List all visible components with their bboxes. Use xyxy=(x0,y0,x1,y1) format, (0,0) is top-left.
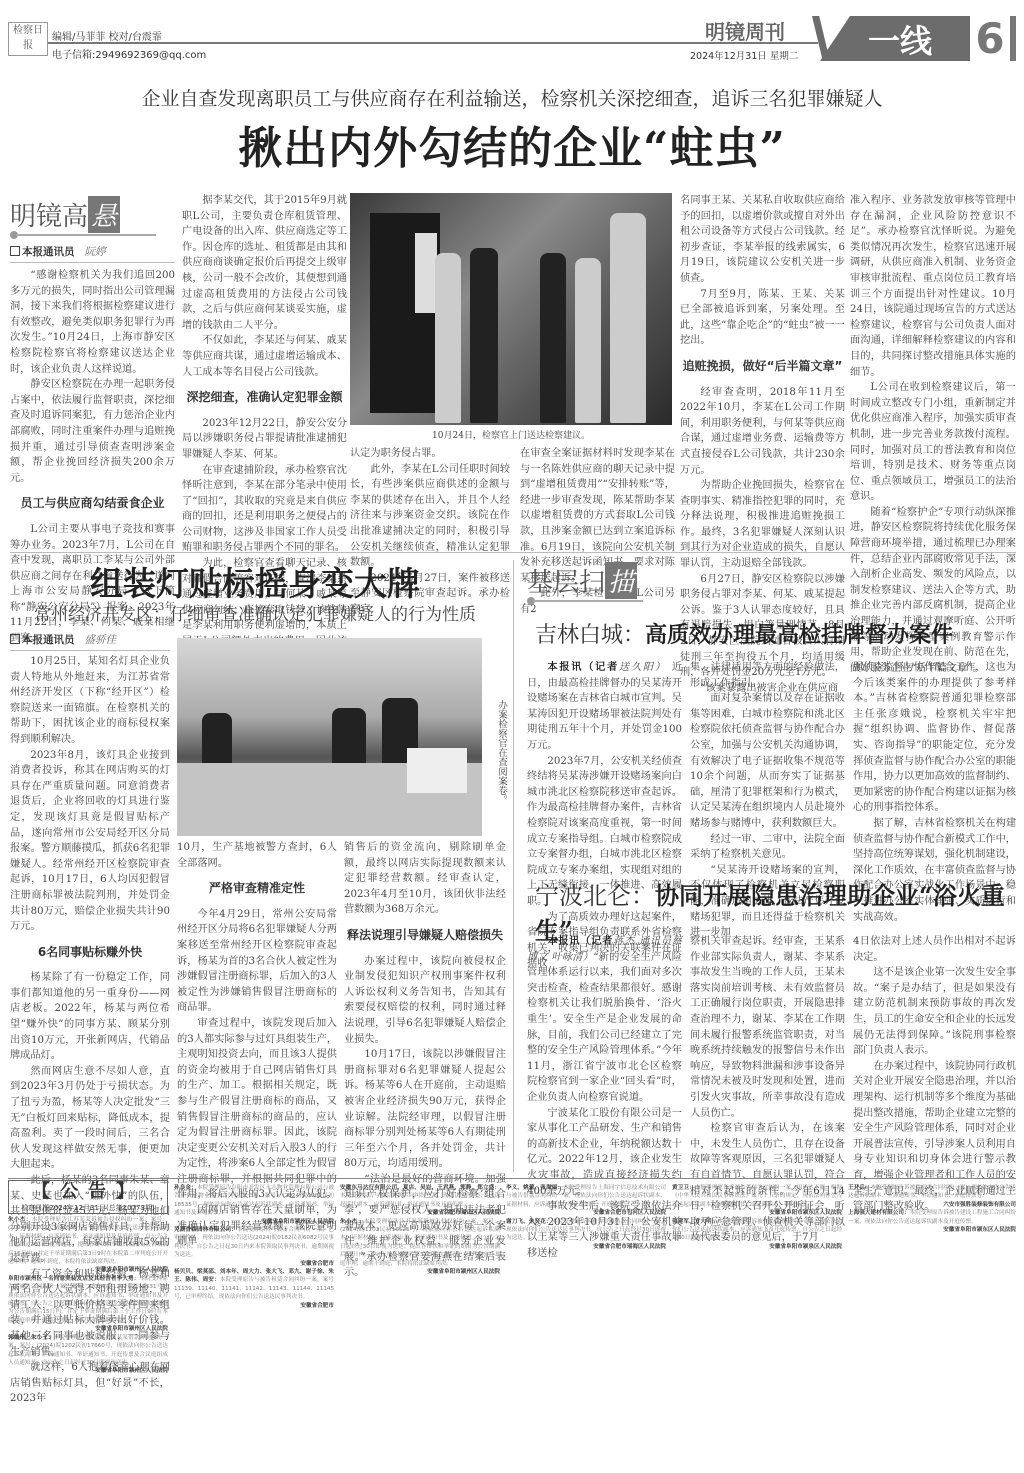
editor-email: 电子信箱:2949692369@qq.com xyxy=(52,46,206,61)
notice-entry: 上海强大建材有限公司：本院受理原告诉被告建设工程施工合同纠纷一案，现依法向你公告… xyxy=(848,1209,1016,1234)
paragraph: 审查过程中，该院发现后加入的3人都实际参与过灯具组装生产，主观明知投资去向，而且… xyxy=(177,1016,337,1203)
paragraph: 不仅如此，李某还与何某、戚某等供应商共谋，通过虚增运输成本、人工成本等名目侵占公… xyxy=(182,333,347,380)
notice-entry: 谢刀飞、朱贤花：本院受理原告诉被告金融借款合同纠纷一案，现依法向你们公告送达民事… xyxy=(506,1218,666,1252)
byline-name: 阮婷 xyxy=(85,246,106,258)
notice-entry: 朱小杰：本院受理原告江苏某某诉被告侵权纠纷一案，案号：(2024)皖1202民初… xyxy=(340,1218,500,1277)
notice-entry: 孙良金：本院受理原告阜阳市开发区永志物业管理有限公司与被告孙良金物业服务合同纠纷… xyxy=(174,1184,334,1226)
story4-col3: 4日依法对上述人员作出相对不起诉决定。 这不是该企业第一次发生安全事故。“案子是… xyxy=(853,934,1016,1215)
lead-col6: 准入程序、业务款发放审核等管理中存在漏洞，企业风险防控意识不足”。承办检察官沈怿… xyxy=(850,193,1016,676)
lead-subhead-2: 深挖细查，准确认定犯罪金额 xyxy=(182,390,347,406)
story2-photo xyxy=(177,638,482,836)
notice-column: 安徽东马达行有限公司、夏店、吴岩、王君燕、郭静、郑立盛：本院受理原告与被告买卖合… xyxy=(340,1184,500,1468)
lead-headline: 揪出内外勾结的企业“蛀虫” xyxy=(0,112,1024,176)
paragraph: 静安区检察院在办理一起职务侵占案中，依法履行监督职责，深挖细查及时追诉同案犯，有… xyxy=(10,377,175,486)
lead-author: 送久阳） xyxy=(619,662,667,673)
tag-rule xyxy=(533,600,643,602)
paragraph: 准入程序、业务款发放审核等管理中存在漏洞，企业风险防控意识不足”。承办检察官沈怿… xyxy=(850,193,1016,380)
paragraph: 7月至9月，陈某、王某、关某已全部被追诉到案，另案处理。至此，这些“靠企吃企”的… xyxy=(680,287,845,349)
byline-label: 本报通讯员 xyxy=(22,634,75,646)
lead-subhead-3: 追赃挽损，做好“后半篇文章” xyxy=(680,359,845,375)
lead-kicker: 企业自查发现离职员工与供应商存在利益输送，检察机关深挖细查，追诉三名犯罪嫌疑人 xyxy=(0,84,1024,111)
section-name: 一线 xyxy=(868,16,932,62)
lead-subhead-1: 员工与供应商勾结蚕食企业 xyxy=(10,496,175,512)
column-tag-jiceng: 基层扫描 xyxy=(527,562,687,607)
photo-files xyxy=(407,748,467,793)
paragraph: 经审查查明，2018年11月至2022年10月，李某在L公司工作期间，利用职务便… xyxy=(680,385,845,479)
notice-column: 李义、姚蕾、张海丽：本院受理原告上海同宇信息技术有限公司与被告借款合同纠纷一案，… xyxy=(506,1184,666,1468)
paragraph: 然而网店生意不尽如人意，直到2023年3月仍处于亏损状态。为了扭亏为盈，杨某等人… xyxy=(10,1064,170,1173)
paragraph: 2023年8月，该灯具企业接到消费者投诉，称其在网店购买的灯具存在严重质量问题。… xyxy=(10,748,170,935)
column-tag-accent: 悬 xyxy=(88,196,120,233)
column-tag-main: 基层扫 xyxy=(527,568,605,598)
paragraph: 集、法律适用等方面的经验做法，形成工作指引。 xyxy=(690,660,845,691)
paragraph: 为帮助企业挽回损失，检察官在查明事实、精准指控犯罪的同时，充分释法说理，积极推进… xyxy=(680,478,845,572)
photo-person xyxy=(575,258,601,423)
paragraph: 强侦查监督与协作配合工作，这也为今后该类案件的办理提供了参考样本。”吉林省检察院… xyxy=(853,660,1016,816)
byline-label: 本报通讯员 xyxy=(22,246,75,258)
paragraph: 认定为职务侵占罪。 xyxy=(350,446,510,462)
byline-name: 盛骄佳 xyxy=(85,634,117,646)
notice-entry: 安徽东马达行有限公司、夏店、吴岩、王君燕、郭静、郑立盛：本院受理原告与被告买卖合… xyxy=(340,1184,500,1218)
paragraph: 近日，由最高检挂牌督办的吴某涛开设赌场案在吉林省白城市宣判。吴某涛因犯开设赌场罪… xyxy=(527,662,682,751)
story2-headline: 组装灯贴标摇身变大牌 xyxy=(0,558,510,605)
paragraph: 10月，生产基地被警方查封，6人全部落网。 xyxy=(177,840,337,871)
notice-entry: 郭德州、朱小王：本院受理原告张某诉被告某某借款合同纠纷一案，案号：(2024)皖… xyxy=(8,1334,168,1376)
lead-label: 本报讯（记者 xyxy=(547,936,613,947)
paragraph: L公司在收到检察建议后，第一时间成立整改专门小组，重新制定并优化供应商准入程序，… xyxy=(850,380,1016,505)
newspaper-logo: 检察日报 xyxy=(8,22,48,56)
publication-name: 明镜周刊 xyxy=(705,16,785,45)
notices-title: 【公告】 xyxy=(9,1181,167,1203)
paragraph: 10月25日，某知名灯具企业负责人特地从外地赶来，为江苏省常州经济开发区（下称“… xyxy=(10,654,170,748)
story3-headline-prefix: 吉林白城： xyxy=(535,623,645,648)
lead-byline: 本报通讯员阮婷 xyxy=(10,244,175,263)
notice-column: 孙良金：本院受理原告阜阳市开发区永志物业管理有限公司与被告孙良金物业服务合同纠纷… xyxy=(174,1184,334,1468)
paragraph: 随着“检察护企”专项行动纵深推进，静安区检察院将持续优化服务保障营商环境举措，通… xyxy=(850,505,1016,677)
column-tag-accent: 描 xyxy=(605,562,637,599)
section-divider xyxy=(10,552,1016,553)
column-tag-main: 明镜高 xyxy=(10,202,88,232)
paragraph: 察机关审查起诉。经审查，王某系作业部实际负责人，谢某、李某系事故发生当晚的工作人… xyxy=(690,934,845,1121)
story2-subheadline: 常州经济开发区：仔细审查准确认定犯罪嫌疑人的行为性质 xyxy=(0,600,510,625)
lead-photo xyxy=(350,193,672,425)
editors-credit: 编辑/马菲菲 校对/台震霏 xyxy=(52,28,162,43)
publication-date: 2024年12月31日 星期二 xyxy=(690,48,798,62)
notice-column: 王开兵：本院受理原告诉被告买卖合同纠纷一案，现依法向你公告送达起诉状副本、应诉通… xyxy=(848,1184,1016,1468)
notice-entry: 黄卫卫：本院受理原告诉被告劳动争议纠纷一案，因送达不能，根据《中华人民共和国民事… xyxy=(672,1184,842,1218)
notice-entry: 阜阳市颍州区一名同意美装发店及其经营者李大勇：本院受理原告诉被告合同纠纷一案，案… xyxy=(8,1275,168,1334)
notice-entry: 杨贝贝、梁莫邵、刘本年、周大力、张大飞、邓九、谢子徐、朱王、陈伟、周安：本院受理… xyxy=(174,1268,334,1310)
story2-photo-caption: 办案检察官在查阅案卷。 xyxy=(494,700,508,840)
notice-column: 黄卫卫：本院受理原告诉被告劳动争议纠纷一案，因送达不能，根据《中华人民共和国民事… xyxy=(672,1184,842,1468)
byline-box-icon xyxy=(10,246,20,256)
paragraph: 2023年12月22日，静安公安分局以涉嫌职务侵占罪提请批准逮捕犯罪嫌疑人李某、… xyxy=(182,416,347,463)
masthead-rule xyxy=(48,42,818,44)
photo-person xyxy=(610,213,646,423)
paragraph: 10月17日，该院以涉嫌假冒注册商标罪对6名犯罪嫌疑人提起公诉。杨某等6人在开庭… xyxy=(344,1047,506,1172)
story3-headline: 吉林白城：高质效办理最高检挂牌督办案件 xyxy=(535,618,1015,649)
story2-subhead-2: 严格审查精准定性 xyxy=(177,881,337,897)
lead-label: 本报讯（记者 xyxy=(547,662,619,673)
lead-photo-caption: 10月24日，检察官上门送达检察建议。 xyxy=(350,428,672,441)
paragraph: “新的安全生产风险管理体系运行以来，我们面对多次突击检查，检查结果都很好。感谢检… xyxy=(527,952,682,1103)
notice-column: 朱小杰：本院受理原告江苏某某诉被告侵权纠纷一案，案号：(2024)皖1202民初… xyxy=(8,1216,168,1468)
notice-entry: 芜湖香森园林有限公司：本院受理原告与被告合同纠纷一案，已审理终结。现依法向你公告… xyxy=(174,1226,334,1268)
notice-entry: 王开兵：本院受理原告诉被告买卖合同纠纷一案，现依法向你公告送达起诉状副本、应诉通… xyxy=(848,1184,1016,1209)
notices-issue: 检察日报2024年12月31日(总第10773期) xyxy=(9,1203,167,1213)
story4-headline-prefix: 宁波北仑： xyxy=(535,882,655,910)
paragraph: “感谢检察机关为我们追回200多万元的损失，同时指出公司管理漏洞，接下来我们将根… xyxy=(10,268,175,377)
notice-entry: 张建军、方大明：本院受理原告诉被告民间借贷纠纷一案，现依法向你们公告送达起诉状副… xyxy=(672,1218,842,1252)
notices-header: 【公告】 检察日报2024年12月31日(总第10773期) xyxy=(8,1180,168,1214)
paragraph: 名同事王某、关某私自收取供应商给予的回扣，以虚增价款或擅自对外出租公司设备等方式… xyxy=(680,193,845,287)
paragraph: 经过一审、二审中，法院全面采纳了检察机关意见。 xyxy=(690,832,845,863)
paragraph: 销售后的资金流向，剔除刷单金额，最终以网店实际提现数额来认定犯罪经营数额。经审查… xyxy=(344,840,506,918)
paragraph: 4日依法对上述人员作出相对不起诉决定。 xyxy=(853,934,1016,965)
byline-box-icon xyxy=(10,634,20,644)
paragraph: 面对复杂案情以及存在证据收集等困难，白城市检察院和洮北区检察院依托侦查监督与协作… xyxy=(690,691,845,831)
notice-entry: 李义、姚蕾、张海丽：本院受理原告上海同宇信息技术有限公司与被告借款合同纠纷一案，… xyxy=(506,1184,666,1218)
paragraph: 在审查逮捕阶段，承办检察官沈怿昕注意到，李某在部分笔录中使用了“回扣”，其收取的… xyxy=(182,463,347,557)
column-divider xyxy=(513,560,514,1172)
paragraph: 今年4月29日，常州公安局常州经开区分局将6名犯罪嫌疑人分两案移送至常州经开区检… xyxy=(177,907,337,1016)
story2-subhead-3: 释法说理引导嫌疑人赔偿损失 xyxy=(344,928,506,944)
paragraph: 据李某交代，其于2015年9月就职L公司，主要负责仓库租赁管理、广电设备的出入库… xyxy=(182,193,347,333)
column-tag-mingjing: 明镜高悬 xyxy=(10,196,175,241)
story2-subhead-1: 6名同事贴标赚外快 xyxy=(10,945,170,961)
page-number-bar xyxy=(1010,16,1016,61)
photo-person xyxy=(435,253,461,423)
photo-sign xyxy=(415,233,437,313)
notice-entry: 朱小杰：本院受理原告江苏某某诉被告侵权纠纷一案，案号：(2024)皖1202民初… xyxy=(8,1216,168,1275)
story2-byline: 本报通讯员盛骄佳 xyxy=(10,632,170,651)
photo-person xyxy=(470,248,498,423)
photo-person xyxy=(540,253,566,423)
paragraph: 此外，李某在L公司任职时间较长，有些涉案供应商供述的金额与李某的供述存在出入，并… xyxy=(350,462,510,571)
tag-rule xyxy=(16,234,156,236)
story3-headline-main: 高质效办理最高检挂牌督办案件 xyxy=(645,622,953,648)
paragraph: 办案过程中，该院向被侵权企业制发侵犯知识产权刑事案件权利人诉讼权利义务告知书，告… xyxy=(344,954,506,1048)
page-number: 6 xyxy=(970,16,1010,61)
paragraph: 这不是该企业第一次发生安全事故。“案子是办结了，但是如果没有建立防范机制来预防事… xyxy=(853,965,1016,1059)
paragraph: 杨某除了有一份稳定工作，同事们都知道他的另一重身份——网店老板。2022年，杨某… xyxy=(10,970,170,1064)
